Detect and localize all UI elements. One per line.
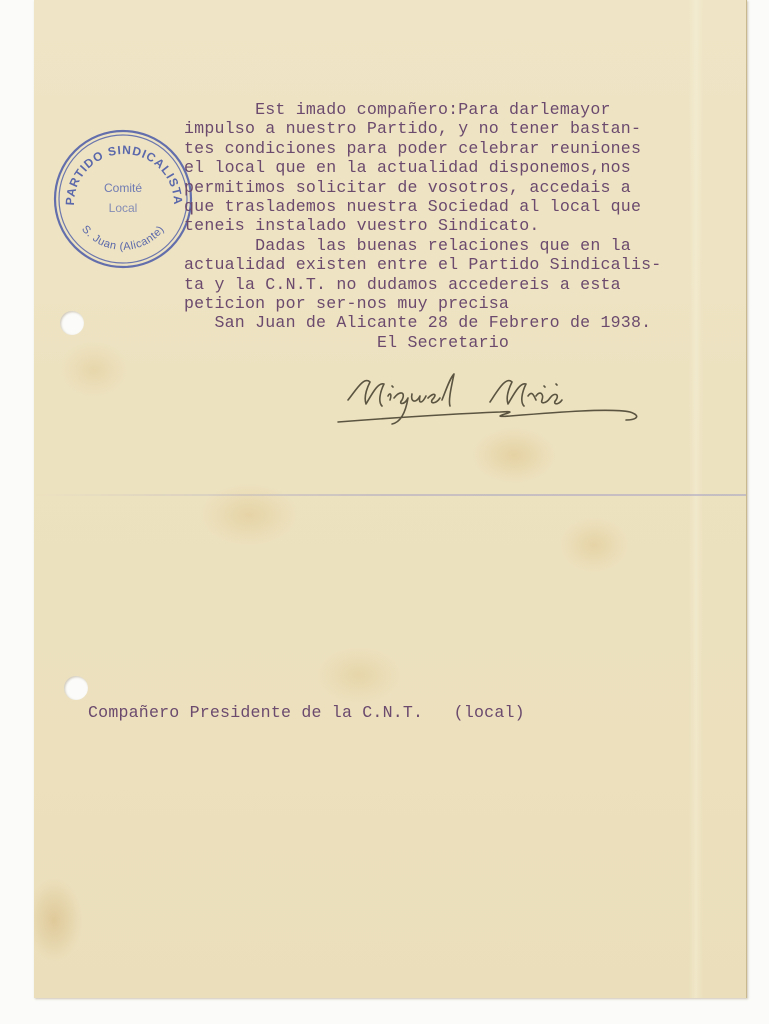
letter-body: Est imado compañero:Para darlemayor impu… (184, 100, 661, 352)
signatory-title: El Secretario (184, 333, 509, 352)
letter-line: peticion por ser-nos muy precisa (184, 294, 509, 313)
letter-line: Dadas las buenas relaciones que en la (184, 236, 631, 255)
svg-text:S. Juan (Alicante): S. Juan (Alicante) (79, 223, 167, 253)
letter-line: permitimos solicitar de vosotros, acceda… (184, 178, 631, 197)
paper-vertical-crease (689, 0, 703, 998)
letter-line: el local que en la actualidad disponemos… (184, 158, 631, 177)
letter-line: impulso a nuestro Partido, y no tener ba… (184, 119, 641, 138)
paper-fold-line (34, 494, 746, 496)
date-line: San Juan de Alicante 28 de Febrero de 19… (184, 313, 651, 332)
handwritten-signature (330, 360, 650, 430)
stamp-center-line-1: Comité (104, 181, 142, 195)
stamp-center-line-2: Local (109, 201, 138, 215)
letter-line: actualidad existen entre el Partido Sind… (184, 255, 661, 274)
letter-line: que traslademos nuestra Sociedad al loca… (184, 197, 641, 216)
party-stamp: PARTIDO SINDICALISTA S. Juan (Alicante) … (52, 128, 194, 270)
letter-line: Est imado compañero:Para darlemayor (184, 100, 611, 119)
letter-line: ta y la C.N.T. no dudamos accedereis a e… (184, 275, 621, 294)
addressee-line: Compañero Presidente de la C.N.T. (local… (88, 703, 525, 722)
letter-line: teneis instalado vuestro Sindicato. (184, 216, 540, 235)
punch-hole-lower (64, 676, 88, 700)
letter-line: tes condiciones para poder celebrar reun… (184, 139, 641, 158)
stamp-bottom-text: S. Juan (Alicante) (79, 223, 167, 253)
punch-hole-upper (60, 311, 84, 335)
